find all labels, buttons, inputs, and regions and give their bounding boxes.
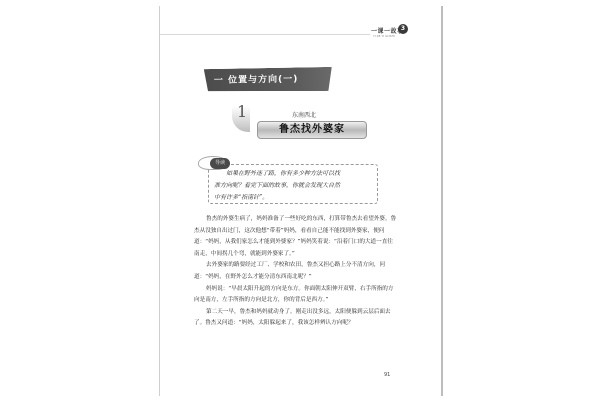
book-page: 一课一故事 YI KE YI GUSHI 3 一 位置与方向(一) 1 东南西北… bbox=[159, 6, 443, 396]
paragraph: 第二天一早，鲁杰和妈妈就动身了。刚走出没多远，太阳便躲到云层后面去了。鲁杰又问道… bbox=[194, 307, 398, 330]
lesson-number: 1 bbox=[237, 102, 247, 121]
intro-line: 如果在野外迷了路，你有多少种方法可以找 bbox=[214, 168, 376, 180]
paragraph: 去外婆家的路要经过工厂、学校和农田，鲁杰又担心路上分不清方向，问道：“妈妈，在野… bbox=[194, 260, 398, 283]
intro-line: 中有许多“指南针”。 bbox=[214, 192, 376, 204]
paragraph: 鲁杰的外婆生病了，妈妈准备了一些好吃的东西，打算带鲁杰去看望外婆。鲁杰从没独自出… bbox=[194, 214, 398, 260]
story-body: 鲁杰的外婆生病了，妈妈准备了一些好吃的东西，打算带鲁杰去看望外婆。鲁杰从没独自出… bbox=[194, 214, 398, 330]
intro-line: 准方向呢？看完下面的故事，你就会发现大自然 bbox=[214, 180, 376, 192]
lesson-title: 鲁杰找外婆家 bbox=[257, 121, 367, 139]
paragraph: 妈妈说：“早晨太阳升起的方向是东方。你面朝太阳伸开双臂，右手所指的方向是南方，左… bbox=[194, 284, 398, 307]
header-badge-icon: 3 bbox=[398, 24, 408, 34]
intro-text: 如果在野外迷了路，你有多少种方法可以找 准方向呢？看完下面的故事，你就会发现大自… bbox=[214, 168, 376, 204]
lesson-subtitle: 东南西北 bbox=[292, 110, 316, 119]
page-number: 91 bbox=[384, 372, 390, 378]
header-rule bbox=[160, 34, 370, 35]
running-header-subtitle: YI KE YI GUSHI bbox=[373, 34, 395, 38]
unit-banner: 一 位置与方向(一) bbox=[204, 67, 332, 93]
